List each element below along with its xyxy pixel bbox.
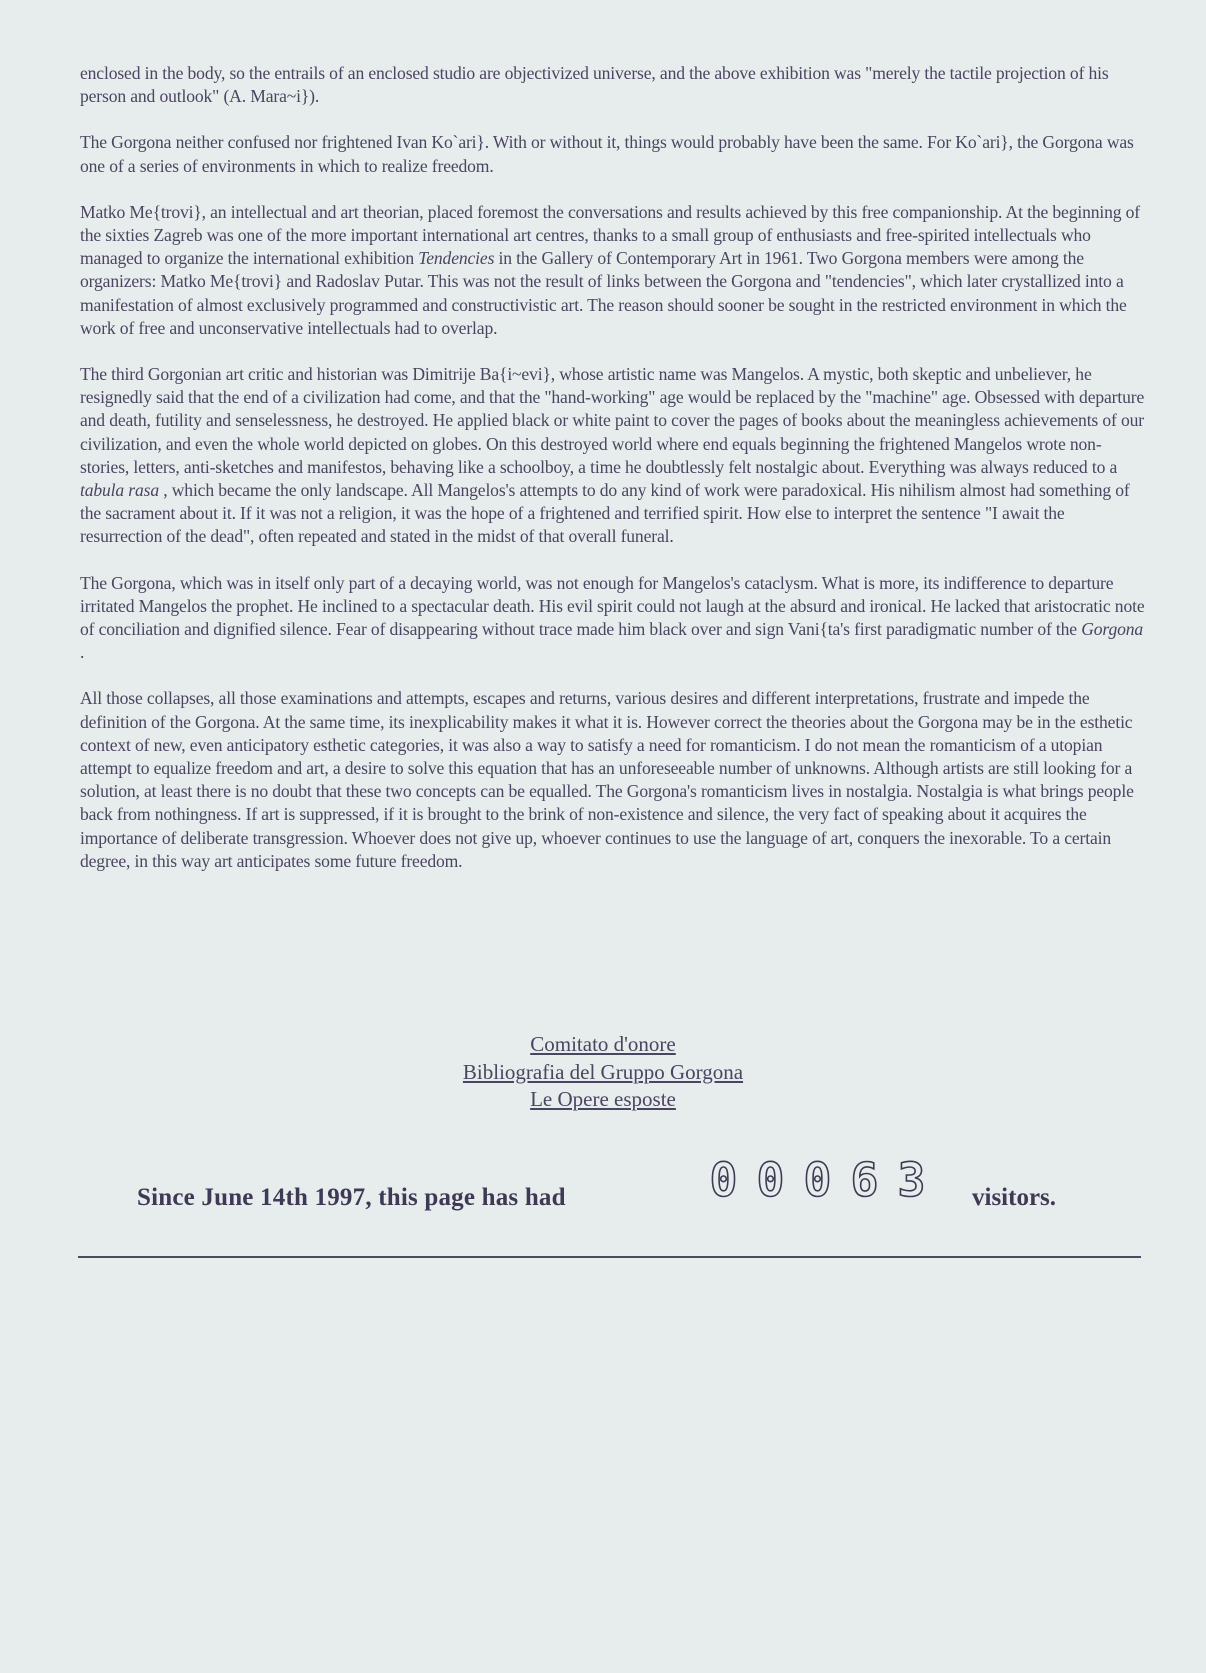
paragraph-text: The Gorgona, which was in itself only pa… xyxy=(80,573,1145,639)
paragraph-6: All those collapses, all those examinati… xyxy=(80,687,1150,873)
paragraph-2: The Gorgona neither confused nor frighte… xyxy=(80,131,1150,177)
paragraph-1: enclosed in the body, so the entrails of… xyxy=(80,62,1150,108)
link-opere-esposte[interactable]: Le Opere esposte xyxy=(530,1086,676,1114)
visitor-counter: Since June 14th 1997, this page has had … xyxy=(137,1150,1077,1220)
paragraph-text: The Gorgona neither confused nor frighte… xyxy=(80,132,1134,175)
counter-digit: 0 xyxy=(707,1150,740,1210)
paragraph-text: The third Gorgonian art critic and histo… xyxy=(80,364,1144,477)
counter-digits: 0 0 0 6 3 xyxy=(707,1150,928,1210)
paragraph-5: The Gorgona, which was in itself only pa… xyxy=(80,572,1150,665)
counter-digit: 0 xyxy=(754,1150,787,1210)
counter-prefix: Since June 14th 1997, this page has had xyxy=(137,1184,566,1212)
paragraph-text: enclosed in the body, so the entrails of… xyxy=(80,63,1109,106)
counter-digit: 3 xyxy=(895,1150,928,1210)
counter-digit: 6 xyxy=(848,1150,881,1210)
counter-digit: 0 xyxy=(801,1150,834,1210)
link-comitato-donore[interactable]: Comitato d'onore xyxy=(530,1031,676,1059)
italic-term: tabula rasa xyxy=(80,480,159,500)
paragraph-3: Matko Me{trovi}, an intellectual and art… xyxy=(80,201,1150,340)
italic-term: Gorgona xyxy=(1081,619,1143,639)
horizontal-rule xyxy=(78,1256,1141,1258)
paragraph-4: The third Gorgonian art critic and histo… xyxy=(80,363,1150,549)
navigation-links: Comitato d'onore Bibliografia del Gruppo… xyxy=(0,1031,1206,1114)
link-bibliografia[interactable]: Bibliografia del Gruppo Gorgona xyxy=(463,1059,743,1087)
paragraph-text: . xyxy=(80,642,84,662)
exhibition-title: Tendencies xyxy=(418,248,494,268)
paragraph-text: , which became the only landscape. All M… xyxy=(80,480,1130,546)
article-body: enclosed in the body, so the entrails of… xyxy=(80,62,1150,896)
paragraph-text: All those collapses, all those examinati… xyxy=(80,688,1134,870)
counter-suffix: visitors. xyxy=(972,1184,1056,1212)
